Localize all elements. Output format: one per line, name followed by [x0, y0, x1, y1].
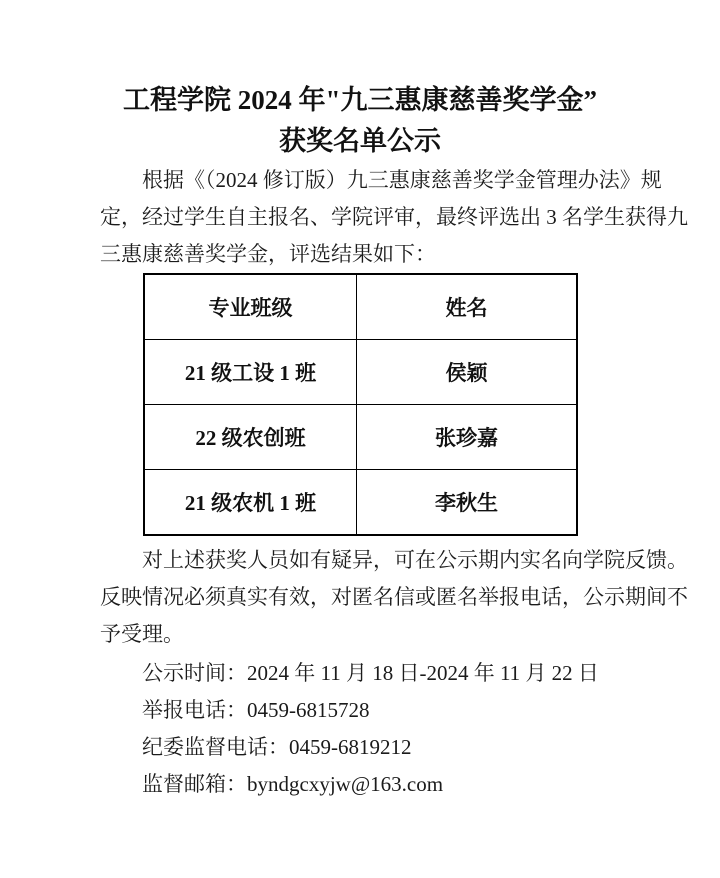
award-table: 专业班级 姓名 21 级工设 1 班 侯颖 22 级农创班 张珍嘉 21 级农机…: [143, 273, 578, 536]
table-header-row: 专业班级 姓名: [144, 274, 577, 340]
supervision-email: 监督邮箱：byndgcxyjw@163.com: [100, 766, 620, 803]
table-row: 21 级农机 1 班 李秋生: [144, 470, 577, 536]
title-line-2: 获奖名单公示: [100, 121, 620, 162]
table-row: 22 级农创班 张珍嘉: [144, 405, 577, 470]
cell-class: 21 级农机 1 班: [144, 470, 357, 536]
table-row: 21 级工设 1 班 侯颖: [144, 340, 577, 405]
document-title: 工程学院 2024 年"九三惠康慈善奖学金” 获奖名单公示: [100, 80, 620, 162]
announcement-document: 工程学院 2024 年"九三惠康慈善奖学金” 获奖名单公示 根据《（2024 修…: [0, 0, 720, 878]
intro-line: 定，经过学生自主报名、学院评审，最终评选出 3 名学生获得九: [100, 199, 620, 236]
cell-class: 22 级农创班: [144, 405, 357, 470]
cell-name: 张珍嘉: [357, 405, 577, 470]
header-cell-class: 专业班级: [144, 274, 357, 340]
cell-name: 李秋生: [357, 470, 577, 536]
notice-line: 反映情况必须真实有效，对匿名信或匿名举报电话，公示期间不: [100, 579, 620, 616]
intro-line: 三惠康慈善奖学金，评选结果如下：: [100, 236, 620, 273]
publicity-period: 公示时间：2024 年 11 月 18 日-2024 年 11 月 22 日: [100, 655, 620, 692]
discipline-phone: 纪委监督电话：0459-6819212: [100, 729, 620, 766]
footer-info: 公示时间：2024 年 11 月 18 日-2024 年 11 月 22 日 举…: [100, 655, 620, 803]
report-phone: 举报电话：0459-6815728: [100, 692, 620, 729]
title-line-1: 工程学院 2024 年"九三惠康慈善奖学金”: [100, 80, 620, 121]
notice-paragraph: 对上述获奖人员如有疑异，可在公示期内实名向学院反馈。 反映情况必须真实有效，对匿…: [100, 542, 620, 653]
notice-line: 予受理。: [100, 616, 620, 653]
cell-class: 21 级工设 1 班: [144, 340, 357, 405]
intro-paragraph: 根据《（2024 修订版）九三惠康慈善奖学金管理办法》规 定，经过学生自主报名、…: [100, 162, 620, 273]
cell-name: 侯颖: [357, 340, 577, 405]
intro-line: 根据《（2024 修订版）九三惠康慈善奖学金管理办法》规: [100, 162, 620, 199]
header-cell-name: 姓名: [357, 274, 577, 340]
notice-line: 对上述获奖人员如有疑异，可在公示期内实名向学院反馈。: [100, 542, 620, 579]
